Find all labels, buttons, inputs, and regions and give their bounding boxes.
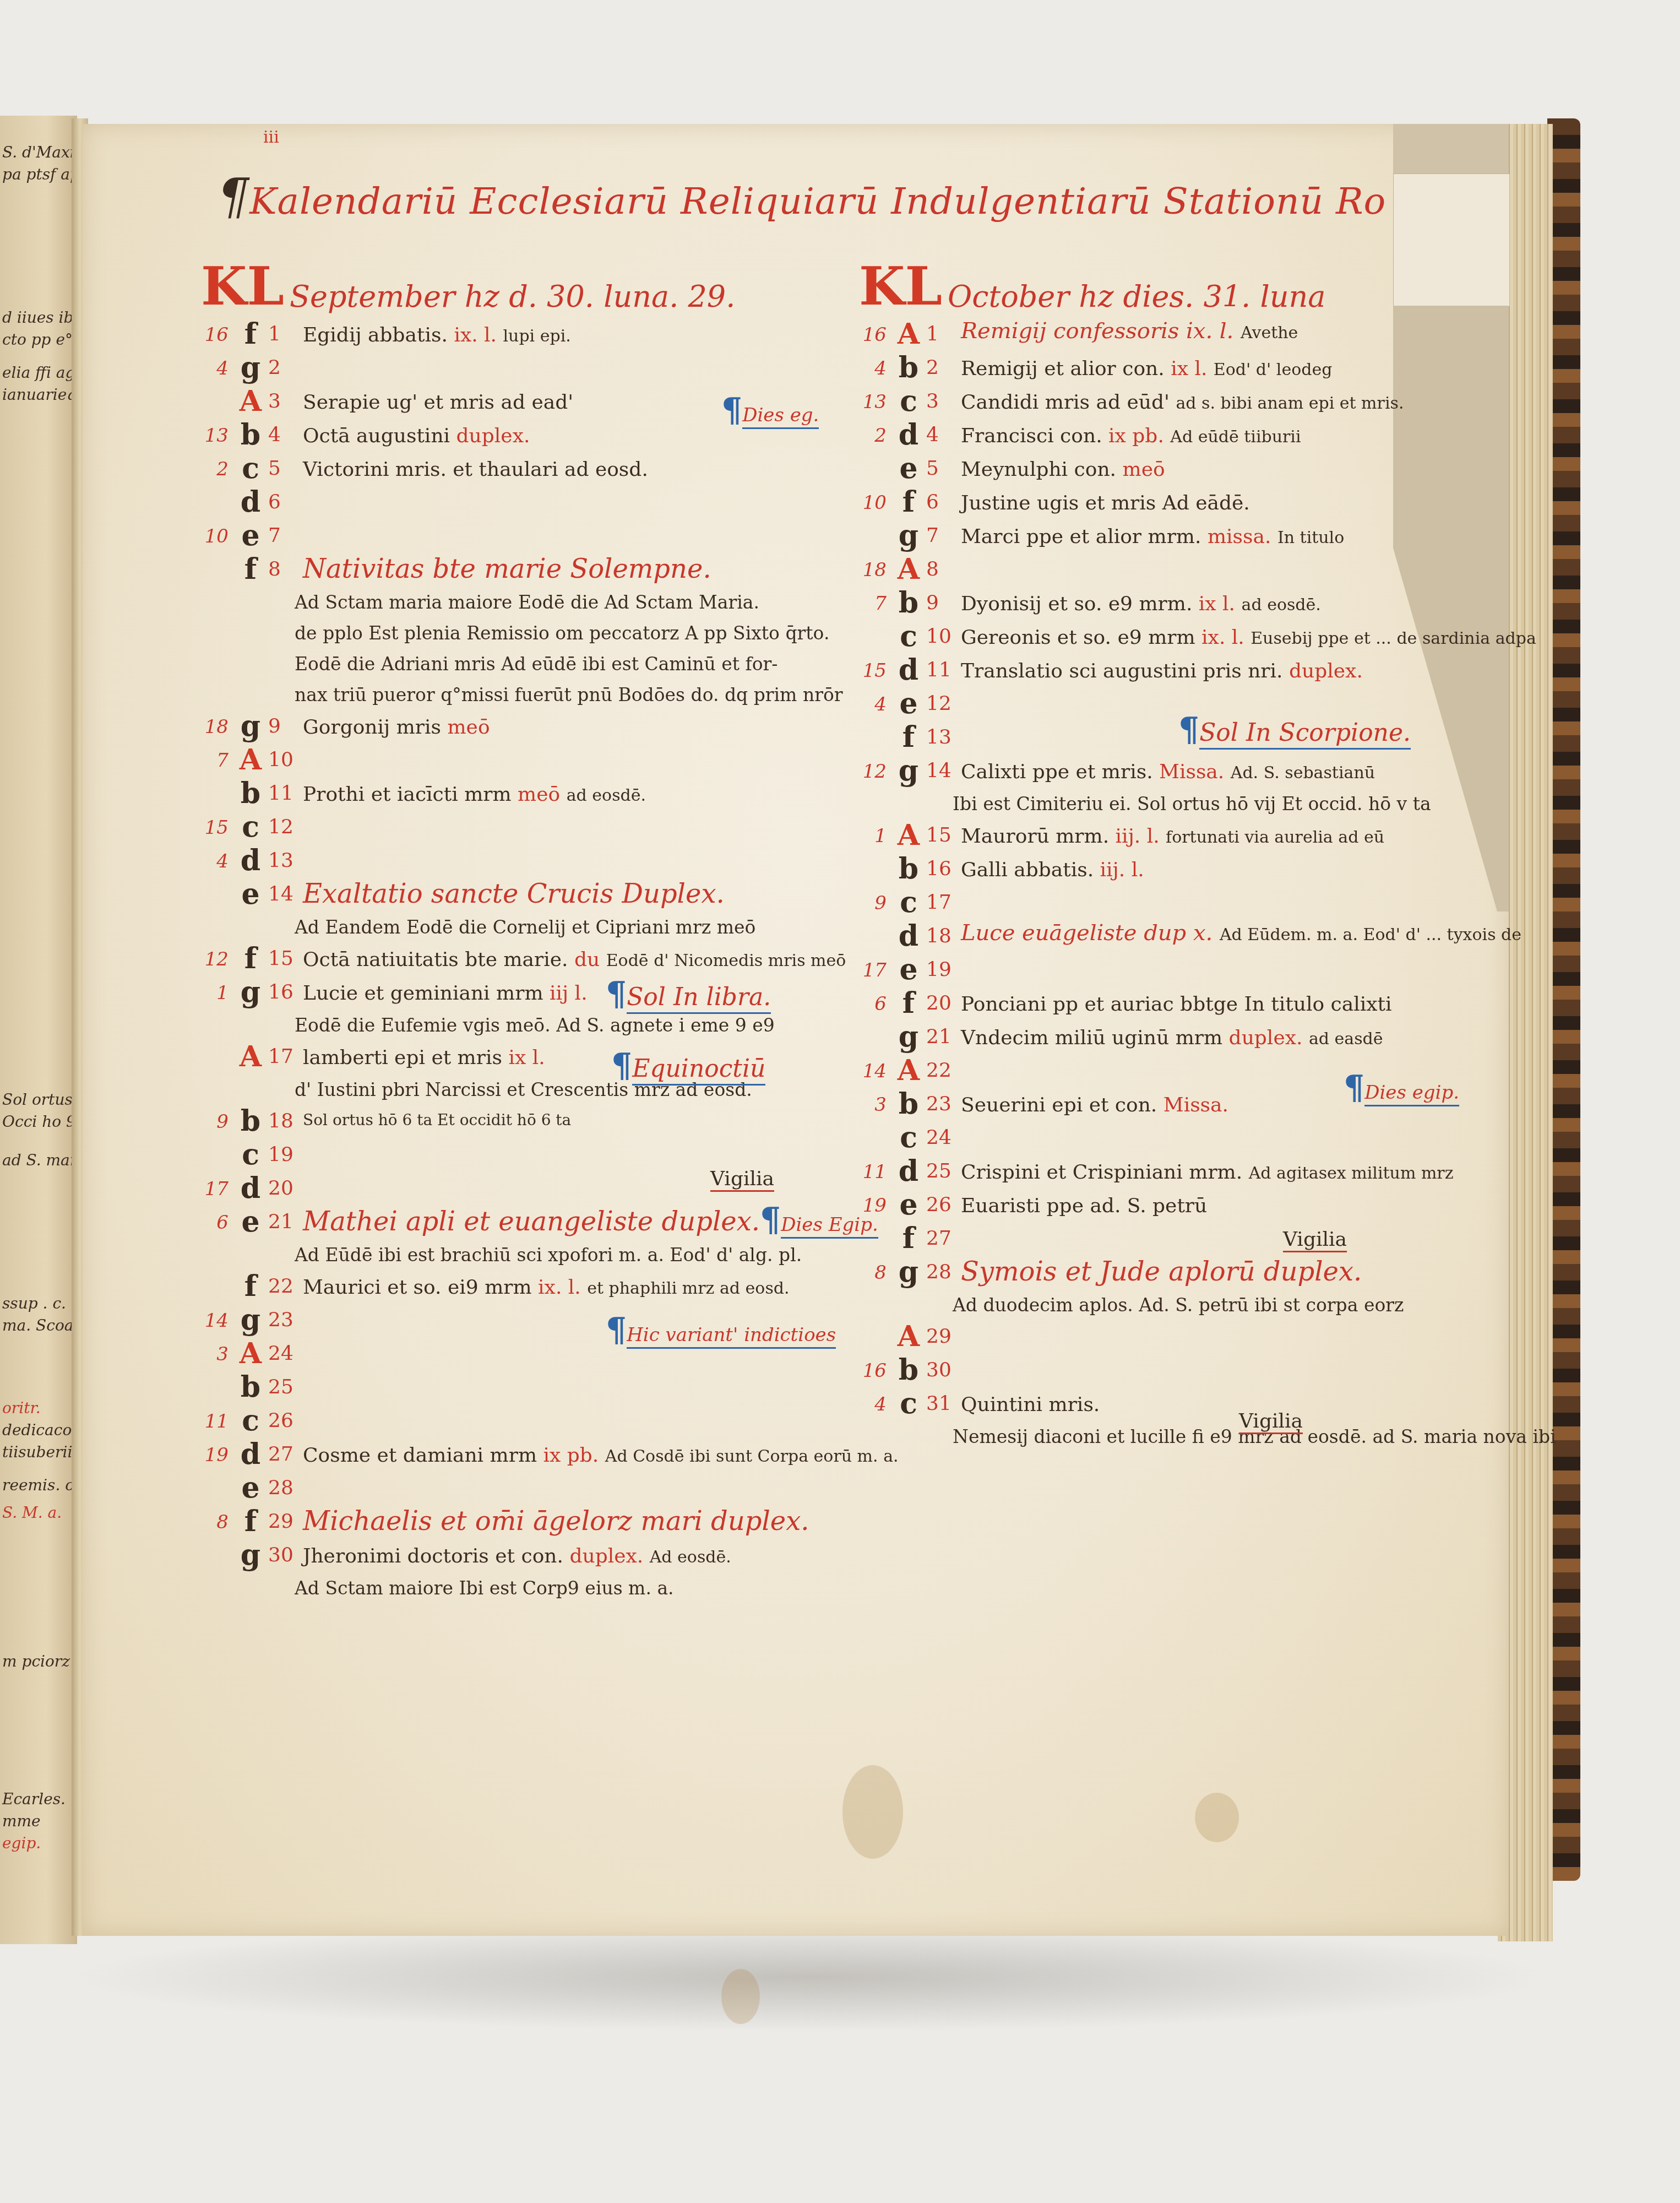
dominical-letter: e xyxy=(892,953,925,986)
day-entry: Francisci con. ix pb. Ad eūdē tiiburii xyxy=(961,425,1301,447)
entry-addition: Avethe xyxy=(1241,323,1298,343)
day-entry: Egidij abbatis. ix. l. lupi epi. xyxy=(303,324,571,346)
left-page-fragment: ma. Scoa cli xyxy=(2,1316,77,1334)
entry-text: Galli abbatis. xyxy=(961,859,1094,881)
calendar-day-row: 18A8 xyxy=(859,555,1503,588)
day-number: 5 xyxy=(268,457,307,480)
calendar-day-row: g7Marci ppe et alior mrm. missa. In titu… xyxy=(859,521,1503,555)
entry-addition: et phaphili mrz ad eosd. xyxy=(587,1279,789,1298)
dominical-letter: f xyxy=(234,317,267,351)
entry-continuation-line: Ad Eandem Eodē die Cornelij et Cipriani … xyxy=(201,913,845,944)
calendar-day-row: d18Luce euāgeliste dup x. Ad Eūdem. m. a… xyxy=(859,921,1503,955)
left-facing-page: S. d'Maxiopa ptsf aped iiues ibicto pp e… xyxy=(0,116,77,1944)
calendar-day-row: 2c5Victorini mris. et thaulari ad eosd. xyxy=(201,454,845,487)
left-page-fragment: egip. xyxy=(2,1834,41,1852)
calendar-day-row: f8Nativitas bte marie Solempne. xyxy=(201,555,845,588)
left-page-fragment: S. d'Maxio xyxy=(2,143,77,161)
golden-number: 16 xyxy=(201,324,229,346)
running-head: ¶Kalendariū Ecclesiarū Reliquiarū Indulg… xyxy=(218,168,1386,226)
day-number: 1 xyxy=(268,323,307,345)
stain xyxy=(721,1969,760,2024)
day-number: 8 xyxy=(926,558,965,580)
rubric-rank: ix. l. xyxy=(1201,626,1244,649)
day-entry: Galli abbatis. iij. l. xyxy=(961,859,1144,881)
day-number: 6 xyxy=(268,491,307,513)
rubric-rank: meō xyxy=(447,716,490,739)
day-entry: Lucie et geminiani mrm iij l. xyxy=(303,982,588,1005)
dominical-letter: d xyxy=(234,1437,267,1471)
dominical-letter: g xyxy=(892,754,925,788)
day-entry: Octā augustini duplex. xyxy=(303,425,530,447)
rubric-rank: meō xyxy=(518,783,560,806)
calendar-day-row: 19e26Euaristi ppe ad. S. petrū xyxy=(859,1190,1503,1224)
day-number: 26 xyxy=(268,1409,307,1432)
side-note-vigil: Vigilia xyxy=(710,1168,774,1192)
side-note-vigil: Vigilia xyxy=(1283,1228,1347,1252)
continuation-text: Eodē die Eufemie vgis meō. Ad S. agnete … xyxy=(295,1014,775,1036)
entry-text: Serapie ug' et mris ad ead' xyxy=(303,391,573,414)
dominical-letter: e xyxy=(234,519,267,552)
dominical-letter: b xyxy=(892,351,925,384)
golden-number: 16 xyxy=(859,324,887,346)
golden-number: 3 xyxy=(201,1343,229,1365)
rubric-rank: ix. l. xyxy=(538,1276,581,1299)
side-note-zodiac: ¶Sol In libra. xyxy=(606,975,771,1013)
rubric-rank: iij. l. xyxy=(1100,859,1144,881)
day-number: 13 xyxy=(268,849,307,872)
continuation-text: de pplo Est plenia Remissio om peccatorz… xyxy=(295,622,829,644)
calendar-day-row: 13c3Candidi mris ad eūd' ad s. bibi anam… xyxy=(859,387,1503,420)
dominical-letter: g xyxy=(892,1020,925,1054)
calendar-day-row: 16f1Egidij abbatis. ix. l. lupi epi. xyxy=(201,319,845,353)
rubric-rank: ix l. xyxy=(1171,357,1207,380)
day-number: 18 xyxy=(926,925,965,947)
calendar-day-row: 4d13 xyxy=(201,846,845,880)
calendar-day-row: 4c31Quintini mris. xyxy=(859,1389,1503,1423)
golden-number: 12 xyxy=(201,948,229,970)
calendar-day-row: e28 xyxy=(201,1473,845,1507)
golden-number: 16 xyxy=(859,1360,887,1382)
blue-initial-icon: ¶ xyxy=(760,1201,781,1239)
month-october: KLOctober hz dies. 31. luna16A1Remigij c… xyxy=(859,259,1503,1453)
entry-addition: Ad Eūdem. m. a. Eod' d' ... tyxois de xyxy=(1220,925,1521,945)
entry-text: Gorgonij mris xyxy=(303,716,441,739)
rubric-rank: iij l. xyxy=(550,982,588,1005)
dominical-letter: c xyxy=(892,886,925,919)
side-note-indiction: ¶Hic variant' indictioes xyxy=(606,1311,836,1349)
blue-initial-icon: ¶ xyxy=(611,1046,632,1085)
calendar-day-row: 12g14Calixti ppe et mris. Missa. Ad. S. … xyxy=(859,756,1503,790)
dominical-letter: b xyxy=(234,418,267,452)
day-entry: Calixti ppe et mris. Missa. Ad. S. sebas… xyxy=(961,761,1375,783)
calendar-day-row: 1A15Maurorū mrm. iij. l. fortunati via a… xyxy=(859,821,1503,854)
dominical-letter: c xyxy=(234,1138,267,1171)
dominical-letter: c xyxy=(892,1387,925,1420)
day-entry: Sol ortus hō 6 ta Et occidit hō 6 ta xyxy=(303,1111,571,1129)
golden-number: 9 xyxy=(859,892,887,914)
entry-continuation-line: Ibi est Cimiteriu ei. Sol ortus hō vij E… xyxy=(859,790,1503,821)
dominical-letter: A xyxy=(234,384,267,418)
day-number: 24 xyxy=(926,1126,965,1149)
calendar-day-row: 19d27Cosme et damiani mrm ix pb. Ad Cosd… xyxy=(201,1440,845,1473)
day-number: 11 xyxy=(268,782,307,805)
continuation-text: Eodē die Adriani mris Ad eūdē ibi est Ca… xyxy=(295,653,778,675)
calendar-day-row: 12f15Octā natiuitatis bte marie. du Eodē… xyxy=(201,944,845,978)
entry-text: Francisci con. xyxy=(961,425,1102,447)
day-number: 4 xyxy=(268,424,307,446)
entry-text: Octā augustini xyxy=(303,425,450,447)
dominical-letter: g xyxy=(234,351,267,384)
day-entry: Victorini mris. et thaulari ad eosd. xyxy=(303,458,648,481)
day-number: 21 xyxy=(926,1025,965,1048)
golden-number: 2 xyxy=(201,458,229,480)
entry-addition: Ad eosdē. xyxy=(650,1548,731,1567)
entry-addition: Eodē d' Nicomedis mris meō xyxy=(606,951,846,970)
day-number: 29 xyxy=(926,1325,965,1348)
day-entry: Maurorū mrm. iij. l. fortunati via aurel… xyxy=(961,825,1384,848)
day-number: 10 xyxy=(268,748,307,771)
dominical-letter: c xyxy=(234,810,267,844)
day-number: 7 xyxy=(268,524,307,547)
month-heading: KLSeptember hz d. 30. luna. 29. xyxy=(201,259,845,319)
day-number: 15 xyxy=(268,947,307,970)
day-entry: Michaelis et om̄i āgelorz mari duplex. xyxy=(303,1506,809,1537)
golden-number: 3 xyxy=(859,1094,887,1116)
calendar-day-row: d6 xyxy=(201,487,845,521)
entry-addition: Eusebij ppe et ... de sardinia adpa xyxy=(1251,629,1536,648)
day-number: 17 xyxy=(926,891,965,914)
entry-text: Candidi mris ad eūd' xyxy=(961,391,1170,414)
dominical-letter: A xyxy=(234,1040,267,1073)
day-number: 1 xyxy=(926,323,965,345)
golden-number: 9 xyxy=(201,1111,229,1133)
day-entry: Justine ugis et mris Ad eādē. xyxy=(961,492,1250,514)
day-number: 26 xyxy=(926,1193,965,1216)
dominical-letter: b xyxy=(892,1087,925,1121)
blue-initial-icon: ¶ xyxy=(1178,710,1199,749)
calendar-day-row: 4g2 xyxy=(201,353,845,387)
entry-continuation-line: Eodē die Eufemie vgis meō. Ad S. agnete … xyxy=(201,1011,845,1042)
entry-text: Gereonis et so. e9 mrm xyxy=(961,626,1195,649)
day-number: 16 xyxy=(926,858,965,880)
entry-continuation-line: de pplo Est plenia Remissio om peccatorz… xyxy=(201,619,845,650)
day-number: 30 xyxy=(268,1544,307,1566)
entry-addition: ad eosdē. xyxy=(1242,595,1321,615)
entry-text: Exaltatio sancte Crucis Duplex. xyxy=(303,878,725,909)
entry-continuation-line: nax triū pueror q°missi fuerūt pnū Bodōe… xyxy=(201,681,845,712)
kl-initial: KL xyxy=(859,259,942,314)
golden-number: 15 xyxy=(201,817,229,839)
calendar-day-row: 2d4Francisci con. ix pb. Ad eūdē tiiburi… xyxy=(859,420,1503,454)
day-entry: Gorgonij mris meō xyxy=(303,716,490,739)
day-entry: Ponciani pp et auriac bbtge In titulo ca… xyxy=(961,993,1392,1016)
side-note-equinox: ¶Equinoctiū xyxy=(611,1046,765,1085)
golden-number: 10 xyxy=(859,492,887,514)
day-number: 28 xyxy=(926,1261,965,1283)
day-number: 3 xyxy=(268,390,307,413)
dominical-letter: c xyxy=(234,452,267,485)
day-number: 19 xyxy=(268,1143,307,1166)
day-number: 11 xyxy=(926,659,965,681)
day-entry: Translatio sci augustini pris nri. duple… xyxy=(961,660,1363,682)
left-page-fragment: S. M. a. xyxy=(2,1504,62,1522)
entry-text: lamberti epi et mris xyxy=(303,1046,502,1069)
side-note-zodiac: ¶Sol In Scorpione. xyxy=(1178,710,1411,749)
golden-number: 17 xyxy=(201,1178,229,1200)
left-page-fragment: elia ffi agapiti xyxy=(2,363,77,382)
month-title: September hz d. 30. luna. 29. xyxy=(290,279,735,314)
entry-text: Egidij abbatis. xyxy=(303,324,448,346)
day-entry: Candidi mris ad eūd' ad s. bibi anam epi… xyxy=(961,391,1404,414)
day-number: 9 xyxy=(268,715,307,737)
entry-text: Prothi et iacīcti mrm xyxy=(303,783,512,806)
entry-text: Seuerini epi et con. xyxy=(961,1094,1157,1116)
golden-number: 14 xyxy=(201,1310,229,1332)
day-entry: Prothi et iacīcti mrm meō ad eosdē. xyxy=(303,783,646,806)
side-note-text: Dies egip. xyxy=(1364,1082,1459,1106)
rubric-rank: meō xyxy=(1123,458,1165,481)
golden-number: 13 xyxy=(859,391,887,413)
blue-initial-icon: ¶ xyxy=(1344,1068,1364,1107)
left-page-fragment: oritr. xyxy=(2,1399,41,1417)
dominical-letter: g xyxy=(234,975,267,1009)
left-page-fragment: ad S. maria a. xyxy=(2,1151,77,1169)
entry-continuation-line: Nemesij diaconi et lucille fi e9 mrz ad … xyxy=(859,1423,1503,1453)
dominical-letter: g xyxy=(234,1538,267,1572)
continuation-text: Ad Eandem Eodē die Cornelij et Cipriani … xyxy=(295,916,755,938)
calendar-day-row: 15c12 xyxy=(201,812,845,846)
day-number: 6 xyxy=(926,491,965,513)
dominical-letter: e xyxy=(234,1205,267,1239)
calendar-day-row: 4b2Remigij et alior con. ix l. Eod' d' l… xyxy=(859,353,1503,387)
day-number: 28 xyxy=(268,1477,307,1499)
dominical-letter: e xyxy=(234,877,267,911)
rubric-rank: Missa. xyxy=(1164,1094,1228,1116)
calendar-day-row: e14Exaltatio sancte Crucis Duplex. xyxy=(201,880,845,913)
day-number: 9 xyxy=(926,592,965,614)
calendar-day-row: f27 xyxy=(859,1224,1503,1257)
day-number: 30 xyxy=(926,1359,965,1381)
blue-initial-icon: ¶ xyxy=(721,391,742,430)
entry-text: Michaelis et om̄i āgelorz mari duplex. xyxy=(303,1506,809,1537)
entry-text: Jheronimi doctoris et con. xyxy=(303,1545,563,1567)
running-head-text: Kalendariū Ecclesiarū Reliquiarū Indulge… xyxy=(249,180,1386,223)
stain xyxy=(842,1765,903,1859)
rubric-rank: ix. l. xyxy=(1186,318,1233,344)
dominical-letter: A xyxy=(892,818,925,852)
calendar-day-row: 16A1Remigij confessoris ix. l. Avethe xyxy=(859,319,1503,353)
day-number: 2 xyxy=(926,356,965,379)
rubric-rank: ix l. xyxy=(1199,593,1235,615)
day-number: 21 xyxy=(268,1211,307,1233)
left-page-fragment: ssup . c. t mis xyxy=(2,1294,77,1312)
entry-text: Remigij et alior con. xyxy=(961,357,1165,380)
entry-addition: Ad eūdē tiiburii xyxy=(1170,427,1301,447)
day-number: 8 xyxy=(268,558,307,580)
left-page-fragment: reemis. ogi xyxy=(2,1476,77,1494)
side-note-text: Sol In libra. xyxy=(627,983,771,1014)
day-number: 5 xyxy=(926,457,965,480)
golden-number: 4 xyxy=(201,850,229,872)
month-september: KLSeptember hz d. 30. luna. 29.16f1Egidi… xyxy=(201,259,845,1605)
day-entry: Gereonis et so. e9 mrm ix. l. Eusebij pp… xyxy=(961,626,1536,649)
golden-number: 18 xyxy=(201,716,229,738)
continuation-text: Ad Sctam maria maiore Eodē die Ad Sctam … xyxy=(295,592,759,613)
day-number: 25 xyxy=(926,1160,965,1182)
dominical-letter: f xyxy=(234,552,267,586)
day-number: 17 xyxy=(268,1045,307,1068)
entry-addition: fortunati via aurelia ad eū xyxy=(1166,828,1384,847)
golden-number: 18 xyxy=(859,559,887,581)
day-entry: Vndecim miliū uginū mrm duplex. ad easdē xyxy=(961,1027,1383,1049)
rubric-rank: ix l. xyxy=(508,1046,545,1069)
golden-number: 6 xyxy=(201,1212,229,1234)
golden-number: 8 xyxy=(859,1262,887,1284)
month-title: October hz dies. 31. luna xyxy=(948,279,1326,314)
day-number: 13 xyxy=(926,726,965,748)
left-page-fragment: Ecarles. xyxy=(2,1790,66,1808)
dominical-letter: b xyxy=(234,777,267,810)
side-note-text: Equinoctiū xyxy=(632,1055,765,1086)
day-number: 22 xyxy=(268,1275,307,1298)
dominical-letter: d xyxy=(234,485,267,519)
dominical-letter: b xyxy=(892,852,925,886)
entry-text: Mathei apli et euangeliste duplex. xyxy=(303,1206,760,1237)
day-number: 4 xyxy=(926,424,965,446)
entry-continuation-line: Eodē die Adriani mris Ad eūdē ibi est Ca… xyxy=(201,650,845,681)
day-number: 31 xyxy=(926,1392,965,1415)
day-entry: Serapie ug' et mris ad ead' xyxy=(303,391,573,414)
entry-text: Sol ortus hō 6 ta Et occidit hō 6 ta xyxy=(303,1111,571,1129)
day-number: 3 xyxy=(926,390,965,413)
day-number: 18 xyxy=(268,1110,307,1132)
dominical-letter: e xyxy=(892,1188,925,1222)
dominical-letter: e xyxy=(892,687,925,720)
dominical-letter: c xyxy=(892,384,925,418)
golden-number: 8 xyxy=(201,1511,229,1533)
dominical-letter: A xyxy=(892,1054,925,1087)
month-heading: KLOctober hz dies. 31. luna xyxy=(859,259,1503,319)
dominical-letter: d xyxy=(892,418,925,452)
rubric-rank: iij. l. xyxy=(1116,825,1160,848)
dominical-letter: A xyxy=(892,317,925,351)
side-note-egyptian-day: ¶Dies egip. xyxy=(1344,1068,1459,1107)
golden-number: 1 xyxy=(859,825,887,847)
dominical-letter: b xyxy=(892,1353,925,1387)
golden-number: 11 xyxy=(859,1161,887,1183)
continuation-text: Ad Sctam maiore Ibi est Corp9 eius m. a. xyxy=(295,1577,674,1599)
left-page-fragment: Sol ortus ho b ta xyxy=(2,1090,77,1109)
golden-number: 6 xyxy=(859,993,887,1015)
entry-text: Dyonisij et so. e9 mrm. xyxy=(961,593,1192,615)
day-number: 10 xyxy=(926,625,965,648)
entry-text: Justine ugis et mris Ad eādē. xyxy=(961,492,1250,514)
entry-text: Ponciani pp et auriac bbtge In titulo ca… xyxy=(961,993,1392,1016)
left-page-fragment: pa ptsf ape xyxy=(2,165,77,183)
day-entry: Crispini et Crispiniani mrm. Ad agitasex… xyxy=(961,1161,1453,1184)
dominical-letter: d xyxy=(892,919,925,953)
golden-number: 4 xyxy=(859,357,887,379)
day-entry: Quintini mris. xyxy=(961,1393,1100,1416)
day-entry: Seuerini epi et con. Missa. xyxy=(961,1094,1228,1116)
rubric-rank: ix. l. xyxy=(454,324,497,346)
left-page-fragment: mme xyxy=(2,1812,41,1830)
dominical-letter: A xyxy=(234,1337,267,1370)
day-number: 14 xyxy=(268,883,307,905)
dominical-letter: g xyxy=(892,519,925,552)
continuation-text: Ibi est Cimiteriu ei. Sol ortus hō vij E… xyxy=(953,793,1431,815)
pilcrow-initial-icon: ¶ xyxy=(218,168,249,226)
entry-text: Victorini mris. et thaulari ad eosd. xyxy=(303,458,648,481)
golden-number: 7 xyxy=(201,750,229,772)
day-entry: Jheronimi doctoris et con. duplex. Ad eo… xyxy=(303,1545,731,1567)
dominical-letter: b xyxy=(892,586,925,620)
entry-text: Quintini mris. xyxy=(961,1393,1100,1416)
day-entry: Marci ppe et alior mrm. missa. In titulo xyxy=(961,525,1344,548)
entry-addition: Ad Cosdē ibi sunt Corpa eorū m. a. xyxy=(605,1447,899,1466)
calendar-day-row: b16Galli abbatis. iij. l. xyxy=(859,854,1503,888)
folio-mark: iii xyxy=(263,128,279,147)
rubric-rank: duplex. xyxy=(569,1545,643,1567)
golden-number: 14 xyxy=(859,1060,887,1082)
blue-initial-icon: ¶ xyxy=(606,1311,627,1349)
calendar-day-row: 6f20Ponciani pp et auriac bbtge In titul… xyxy=(859,989,1503,1022)
side-note-text: Dies eg. xyxy=(742,404,819,429)
day-number: 20 xyxy=(926,992,965,1014)
golden-number: 12 xyxy=(859,761,887,783)
dominical-letter: c xyxy=(234,1404,267,1437)
dominical-letter: A xyxy=(892,1320,925,1353)
day-number: 16 xyxy=(268,981,307,1003)
calendar-day-row: 10f6Justine ugis et mris Ad eādē. xyxy=(859,487,1503,521)
dominical-letter: f xyxy=(892,1222,925,1255)
entry-text: Crispini et Crispiniani mrm. xyxy=(961,1161,1242,1184)
day-entry: Remigij et alior con. ix l. Eod' d' leod… xyxy=(961,357,1332,380)
calendar-day-row: 11c26 xyxy=(201,1406,845,1440)
left-page-fragment: cto pp e°ii xyxy=(2,330,77,349)
entry-continuation-line: Ad duodecim aplos. Ad. S. petrū ibi st c… xyxy=(859,1291,1503,1322)
golden-number: 11 xyxy=(201,1410,229,1433)
calendar-day-row: 9b18Sol ortus hō 6 ta Et occidit hō 6 ta xyxy=(201,1106,845,1140)
entry-addition: ad eosdē. xyxy=(567,786,646,805)
calendar-day-row: 17e19 xyxy=(859,955,1503,989)
calendar-day-row: 8g28Symois et Jude aplorū duplex. xyxy=(859,1257,1503,1291)
continuation-text: Ad duodecim aplos. Ad. S. petrū ibi st c… xyxy=(953,1294,1404,1316)
entry-text: Nativitas bte marie Solempne. xyxy=(303,554,711,584)
blue-initial-icon: ¶ xyxy=(606,975,627,1013)
day-entry: Exaltatio sancte Crucis Duplex. xyxy=(303,878,725,909)
continuation-text: Ad Eūdē ibi est brachiū sci xpofori m. a… xyxy=(295,1244,802,1266)
calendar-day-row: b25 xyxy=(201,1372,845,1406)
rubric-rank: duplex. xyxy=(456,425,530,447)
calendar-day-row: A29 xyxy=(859,1322,1503,1355)
entry-text: Symois et Jude aplorū duplex. xyxy=(961,1256,1362,1287)
entry-addition: ad easdē xyxy=(1309,1029,1383,1049)
dominical-letter: f xyxy=(234,1269,267,1303)
rubric-rank: duplex. xyxy=(1289,660,1363,682)
entry-addition: In titulo xyxy=(1277,528,1344,547)
day-entry: Octā natiuitatis bte marie. du Eodē d' N… xyxy=(303,948,846,971)
day-entry: Symois et Jude aplorū duplex. xyxy=(961,1256,1362,1287)
dominical-letter: d xyxy=(234,844,267,877)
golden-number: 2 xyxy=(859,425,887,447)
rubric-rank: ix pb. xyxy=(1108,425,1164,447)
day-number: 24 xyxy=(268,1342,307,1365)
entry-text: Luce euāgeliste dup x. xyxy=(961,920,1213,946)
day-number: 12 xyxy=(268,816,307,838)
stain xyxy=(1195,1793,1239,1842)
dominical-letter: f xyxy=(892,986,925,1020)
